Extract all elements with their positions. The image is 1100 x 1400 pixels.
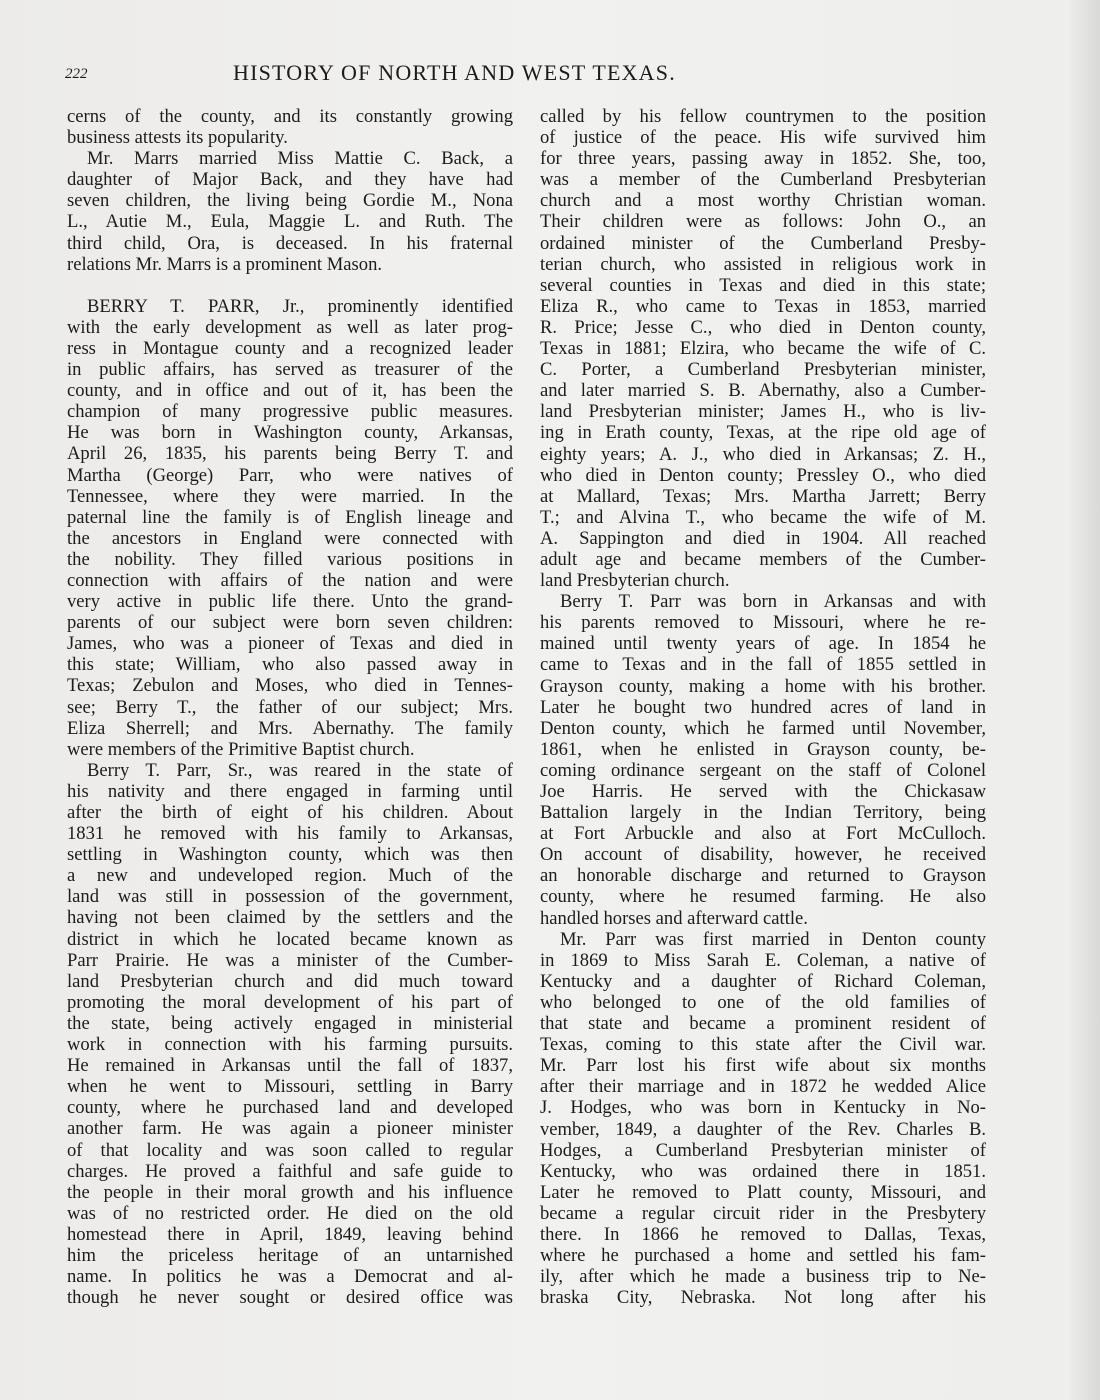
text-line: Battalion largely in the Indian Territor… [540, 802, 986, 823]
text-line: parents of our subject were born seven c… [67, 612, 513, 633]
text-line: mained until twenty years of age. In 185… [540, 633, 986, 654]
text-line: relations Mr. Marrs is a prominent Mason… [67, 254, 513, 275]
text-line: him the priceless heritage of an untarni… [67, 1245, 513, 1266]
text-line: called by his fellow countrymen to the p… [540, 106, 986, 127]
text-line: daughter of Major Back, and they have ha… [67, 169, 513, 190]
text-line: Kentucky and a daughter of Richard Colem… [540, 971, 986, 992]
text-line: Eliza R., who came to Texas in 1853, mar… [540, 296, 986, 317]
text-line: after the birth of eight of his children… [67, 802, 513, 823]
text-line: Berry T. Parr was born in Arkansas and w… [540, 591, 986, 612]
text-line: ordained minister of the Cumberland Pres… [540, 233, 986, 254]
text-line: there. In 1866 he removed to Dallas, Tex… [540, 1224, 986, 1245]
text-line: Their children were as follows: John O.,… [540, 211, 986, 232]
text-line: Kentucky, who was ordained there in 1851… [540, 1161, 986, 1182]
text-line: braska City, Nebraska. Not long after hi… [540, 1287, 986, 1308]
text-line: his parents removed to Missouri, where h… [540, 612, 986, 633]
text-line: who belonged to one of the old families … [540, 992, 986, 1013]
text-line: Later he bought two hundred acres of lan… [540, 697, 986, 718]
text-line: see; Berry T., the father of our subject… [67, 697, 513, 718]
running-title: HISTORY OF NORTH AND WEST TEXAS. [233, 60, 676, 86]
text-line: county, and in office and out of it, has… [67, 380, 513, 401]
text-line: for three years, passing away in 1852. S… [540, 148, 986, 169]
text-line: seven children, the living being Gordie … [67, 190, 513, 211]
text-line: county, where he purchased land and deve… [67, 1097, 513, 1118]
text-line: this state; William, who also passed awa… [67, 654, 513, 675]
text-line: Mr. Parr was first married in Denton cou… [540, 929, 986, 950]
left-column: cerns of the county, and its constantly … [67, 106, 513, 1308]
text-line: district in which he located became know… [67, 929, 513, 950]
text-line: after their marriage and in 1872 he wedd… [540, 1076, 986, 1097]
text-line: champion of many progressive public meas… [67, 401, 513, 422]
text-line: James, who was a pioneer of Texas and di… [67, 633, 513, 654]
text-line: land Presbyterian church. [540, 570, 986, 591]
text-line: Parr Prairie. He was a minister of the C… [67, 950, 513, 971]
text-line: an honorable discharge and returned to G… [540, 865, 986, 886]
text-line: Texas; Zebulon and Moses, who died in Te… [67, 675, 513, 696]
text-line: county, where he resumed farming. He als… [540, 886, 986, 907]
text-line: J. Hodges, who was born in Kentucky in N… [540, 1097, 986, 1118]
text-line: promoting the moral development of his p… [67, 992, 513, 1013]
text-line: 1861, when he enlisted in Grayson county… [540, 739, 986, 760]
text-line: BERRY T. PARR, Jr., prominently identifi… [67, 296, 513, 317]
text-line: of justice of the peace. His wife surviv… [540, 127, 986, 148]
text-line: business attests its popularity. [67, 127, 513, 148]
text-line: Mr. Parr lost his first wife about six m… [540, 1055, 986, 1076]
text-line: T.; and Alvina T., who became the wife o… [540, 507, 986, 528]
text-line: came to Texas and in the fall of 1855 se… [540, 654, 986, 675]
text-line: church and a most worthy Christian woman… [540, 190, 986, 211]
text-line: charges. He proved a faithful and safe g… [67, 1161, 513, 1182]
text-line: settling in Washington county, which was… [67, 844, 513, 865]
text-line: land Presbyterian minister; James H., wh… [540, 401, 986, 422]
text-line: work in connection with his farming purs… [67, 1034, 513, 1055]
text-line: eighty years; A. J., who died in Arkansa… [540, 444, 986, 465]
text-line: Mr. Marrs married Miss Mattie C. Back, a [67, 148, 513, 169]
text-line: though he never sought or desired office… [67, 1287, 513, 1308]
text-line: He remained in Arkansas until the fall o… [67, 1055, 513, 1076]
text-line: April 26, 1835, his parents being Berry … [67, 443, 513, 464]
text-line: having not been claimed by the settlers … [67, 907, 513, 928]
text-line: the state, being actively engaged in min… [67, 1013, 513, 1034]
text-line: coming ordinance sergeant on the staff o… [540, 760, 986, 781]
text-line: cerns of the county, and its constantly … [67, 106, 513, 127]
text-line: vember, 1849, a daughter of the Rev. Cha… [540, 1119, 986, 1140]
text-line: was of no restricted order. He died on t… [67, 1203, 513, 1224]
text-line: and later married S. B. Abernathy, also … [540, 380, 986, 401]
text-line: R. Price; Jesse C., who died in Denton c… [540, 317, 986, 338]
text-line: Later he removed to Platt county, Missou… [540, 1182, 986, 1203]
text-line: Hodges, a Cumberland Presbyterian minist… [540, 1140, 986, 1161]
text-line: C. Porter, a Cumberland Presbyterian min… [540, 359, 986, 380]
text-line: 1831 he removed with his family to Arkan… [67, 823, 513, 844]
text-line: connection with affairs of the nation an… [67, 570, 513, 591]
text-line: ily, after which he made a business trip… [540, 1266, 986, 1287]
text-line: On account of disability, however, he re… [540, 844, 986, 865]
text-line: another farm. He was again a pioneer min… [67, 1118, 513, 1139]
book-page: 222 HISTORY OF NORTH AND WEST TEXAS. cer… [0, 0, 1100, 1400]
text-line: Grayson county, making a home with his b… [540, 676, 986, 697]
text-line: He was born in Washington county, Arkans… [67, 422, 513, 443]
text-line: terian church, who assisted in religious… [540, 254, 986, 275]
text-line: at Mallard, Texas; Mrs. Martha Jarrett; … [540, 486, 986, 507]
text-line: L., Autie M., Eula, Maggie L. and Ruth. … [67, 211, 513, 232]
text-line: were members of the Primitive Baptist ch… [67, 739, 513, 760]
right-column: called by his fellow countrymen to the p… [540, 106, 986, 1308]
text-line: his nativity and there engaged in farmin… [67, 781, 513, 802]
text-line: name. In politics he was a Democrat and … [67, 1266, 513, 1287]
text-line: land Presbyterian church and did much to… [67, 971, 513, 992]
text-line: in 1869 to Miss Sarah E. Coleman, a nati… [540, 950, 986, 971]
text-line: where he purchased a home and settled hi… [540, 1245, 986, 1266]
text-line: a new and undeveloped region. Much of th… [67, 865, 513, 886]
text-line: was a member of the Cumberland Presbyter… [540, 169, 986, 190]
text-line: Texas in 1881; Elzira, who became the wi… [540, 338, 986, 359]
text-line: the people in their moral growth and his… [67, 1182, 513, 1203]
text-line: the nobility. They filled various positi… [67, 549, 513, 570]
text-line: Martha (George) Parr, who were natives o… [67, 465, 513, 486]
text-line: homestead there in April, 1849, leaving … [67, 1224, 513, 1245]
text-line: in public affairs, has served as treasur… [67, 359, 513, 380]
text-line: Joe Harris. He served with the Chickasaw [540, 781, 986, 802]
text-line: at Fort Arbuckle and also at Fort McCull… [540, 823, 986, 844]
text-line: that state and became a prominent reside… [540, 1013, 986, 1034]
text-line: of that locality and was soon called to … [67, 1140, 513, 1161]
paragraph-gap [67, 275, 513, 296]
text-line: handled horses and afterward cattle. [540, 908, 986, 929]
text-line: third child, Ora, is deceased. In his fr… [67, 233, 513, 254]
text-line: adult age and became members of the Cumb… [540, 549, 986, 570]
text-line: when he went to Missouri, settling in Ba… [67, 1076, 513, 1097]
text-line: Eliza Sherrell; and Mrs. Abernathy. The … [67, 718, 513, 739]
text-line: ing in Erath county, Texas, at the ripe … [540, 422, 986, 443]
text-line: ress in Montague county and a recognized… [67, 338, 513, 359]
page-header: 222 HISTORY OF NORTH AND WEST TEXAS. [0, 60, 1100, 90]
text-line: Texas, coming to this state after the Ci… [540, 1034, 986, 1055]
text-line: the ancestors in England were connected … [67, 528, 513, 549]
text-line: with the early development as well as la… [67, 317, 513, 338]
text-line: Berry T. Parr, Sr., was reared in the st… [67, 760, 513, 781]
text-line: Tennessee, where they were married. In t… [67, 486, 513, 507]
text-line: several counties in Texas and died in th… [540, 275, 986, 296]
page-number: 222 [65, 66, 88, 83]
text-line: very active in public life there. Unto t… [67, 591, 513, 612]
text-line: Denton county, which he farmed until Nov… [540, 718, 986, 739]
text-line: paternal line the family is of English l… [67, 507, 513, 528]
text-line: A. Sappington and died in 1904. All reac… [540, 528, 986, 549]
text-line: became a regular circuit rider in the Pr… [540, 1203, 986, 1224]
text-line: who died in Denton county; Pressley O., … [540, 465, 986, 486]
text-line: land was still in possession of the gove… [67, 886, 513, 907]
